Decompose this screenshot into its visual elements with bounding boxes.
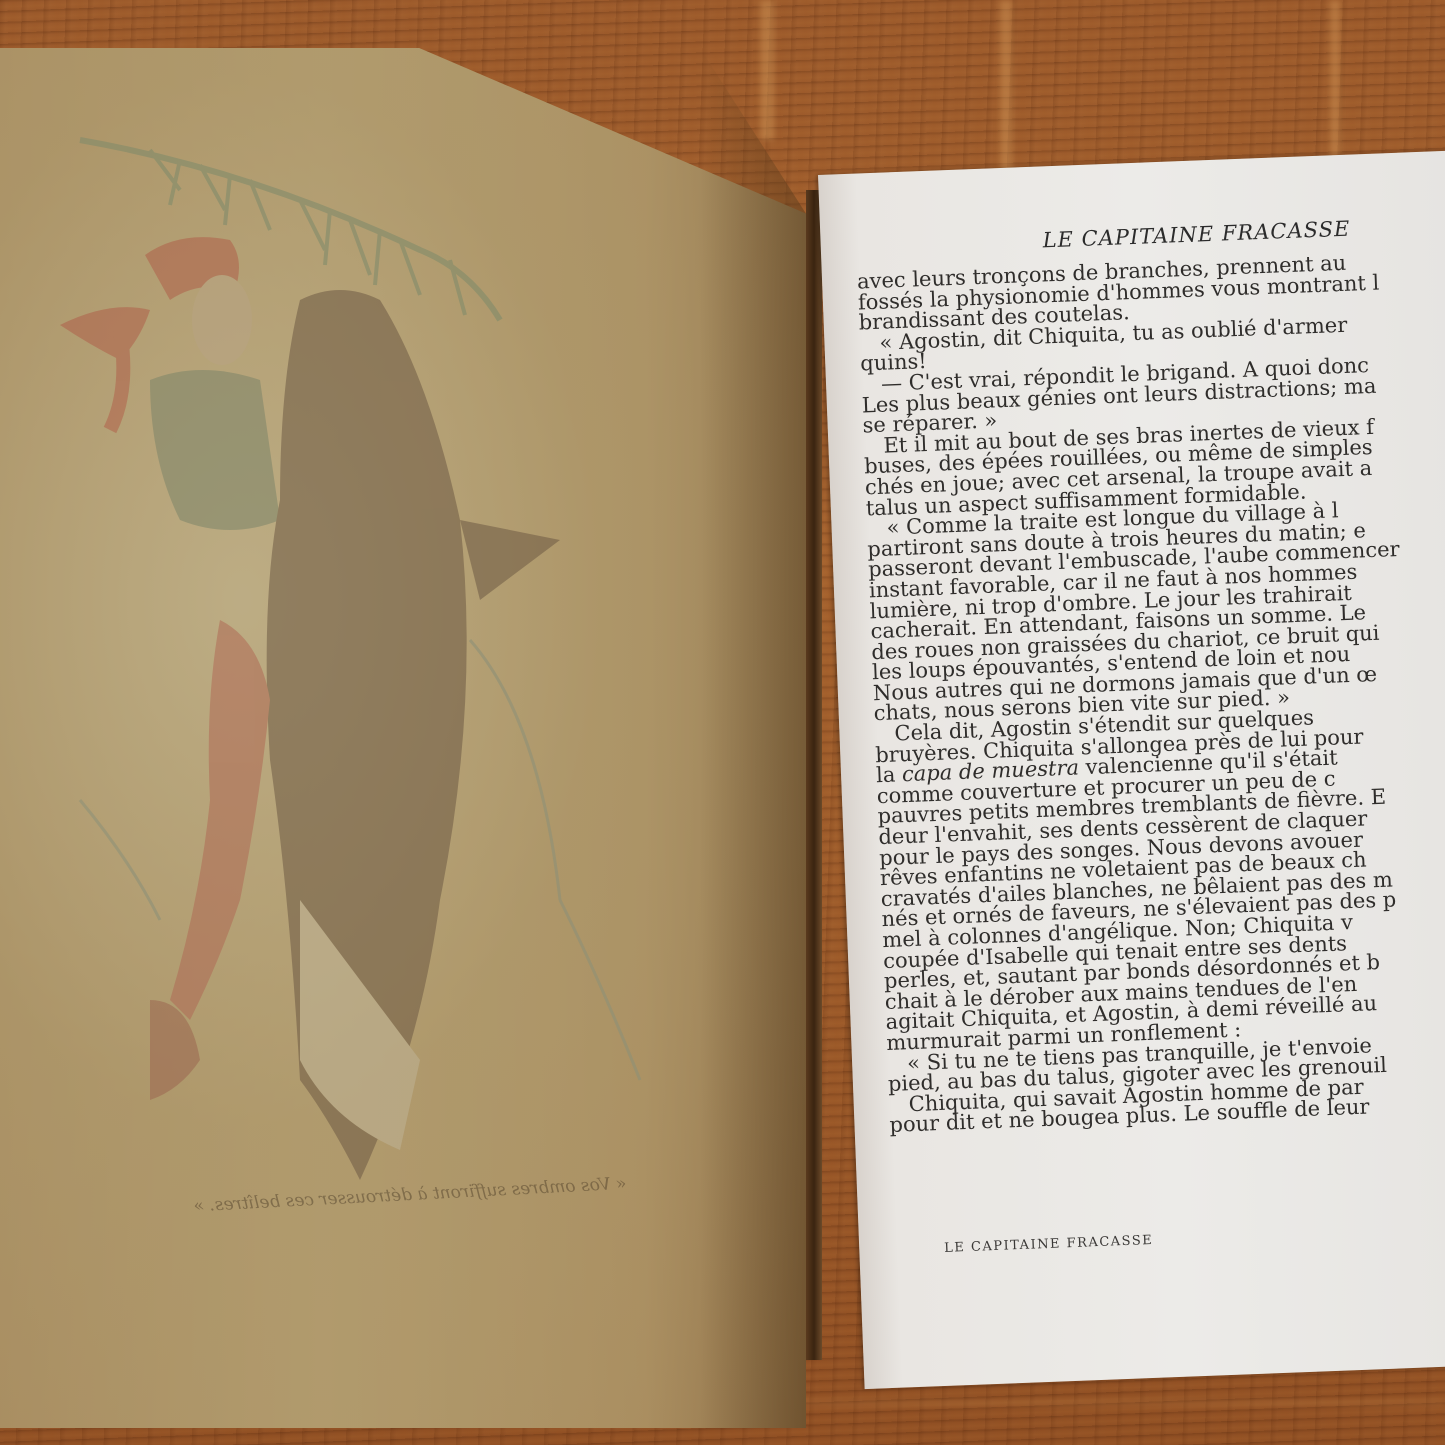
page-footer-title: LE CAPITAINE FRACASSE [944, 1233, 1153, 1256]
wood-grain [1330, 0, 1340, 170]
running-head: LE CAPITAINE FRACASSE [1042, 217, 1351, 253]
book-illustration [0, 0, 806, 1445]
book-spine [806, 190, 822, 1360]
right-page: LE CAPITAINE FRACASSE avec leurs tronçon… [818, 150, 1445, 1389]
page-body-text: avec leurs tronçons de branches, prennen… [857, 247, 1445, 1136]
wood-grain [1000, 0, 1012, 190]
